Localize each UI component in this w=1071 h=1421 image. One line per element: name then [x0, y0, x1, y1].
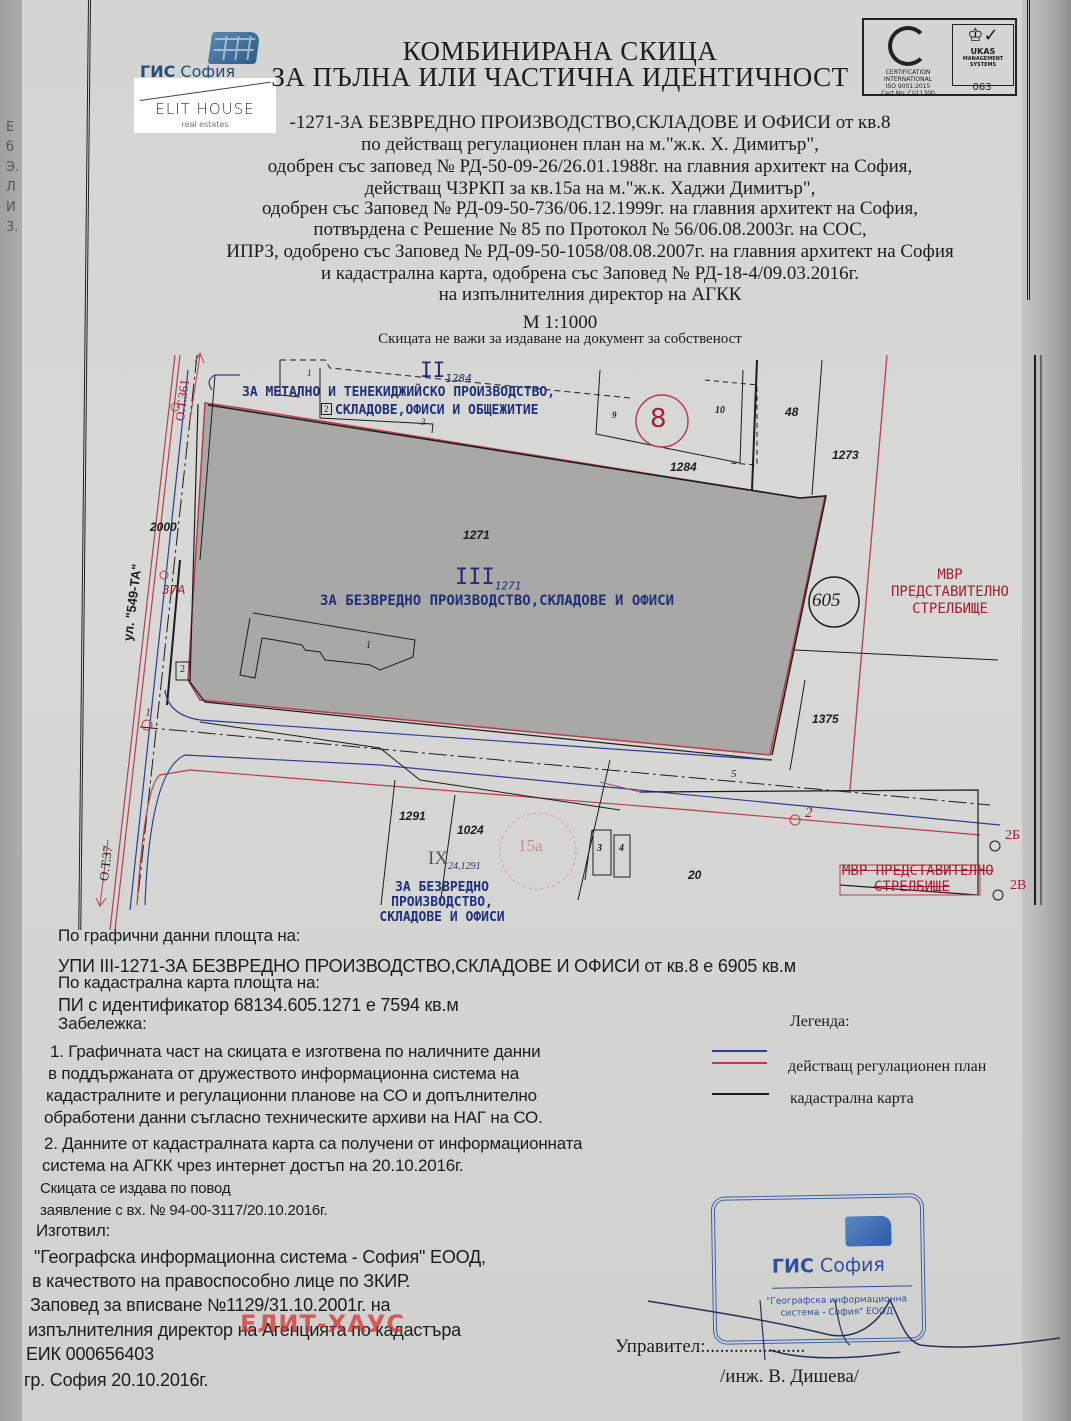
parcel-1375-label: 1375: [812, 712, 839, 726]
issuer-line: "Географска информационна система - Софи…: [34, 1247, 486, 1268]
parcel-1273-label: 1273: [832, 448, 859, 462]
header-line: на изпълнителния директор на АГКК: [180, 284, 1000, 306]
header-line: по действащ регулационен план на м."ж.к.…: [180, 134, 1000, 156]
parcel-1291-label: 1291: [399, 809, 426, 823]
parcel-1024-label: 1024: [457, 823, 484, 837]
legend-line-black: [712, 1093, 769, 1095]
upi-ii-label: II1284: [420, 358, 472, 385]
parcel-2000-label: 2000: [150, 520, 177, 534]
mvr-bottom-label: МВР ПРЕДСТАВИТЕЛНО СТРЕЛБИЩЕ: [842, 863, 994, 895]
parcel-5-label: 5: [731, 768, 737, 780]
header-line: действащ ЧЗРКП за кв.15а на м."ж.к. Хадж…: [180, 178, 1000, 200]
legend-label-cadastral: кадастрална карта: [790, 1090, 914, 1108]
upi-ix-label: IX24,1291: [428, 848, 481, 872]
parcel-1-label: 1: [307, 368, 312, 378]
parcel-9-label: 9: [612, 410, 617, 420]
header-line: одобрен със заповед № РД-50-09-26/26.01.…: [180, 156, 1000, 178]
point-2-box: 2: [180, 664, 185, 675]
point-1-label: 1: [145, 705, 151, 720]
legend-title: Легенда:: [790, 1013, 850, 1031]
note-line: Скицата се издава по повод: [40, 1178, 230, 1199]
upi-ix-purpose: ЗА БЕЗВРЕДНО ПРОИЗВОДСТВО, СКЛАДОВЕ И ОФ…: [372, 880, 512, 925]
ukas-mark: ♔✓ UKAS MANAGEMENT SYSTEMS: [952, 24, 1014, 86]
gis-logo-icon: [208, 32, 260, 64]
cadastral-area-label: По кадастрална карта площта на:: [58, 972, 320, 993]
point-2v-label: 2В: [1010, 878, 1026, 894]
parcel-3-top-label: 3: [421, 417, 426, 427]
legend-label-regulation: действащ регулационен план: [788, 1058, 986, 1076]
note-line: 1. Графичната част на скицата е изготвен…: [50, 1041, 540, 1062]
company-stamp: ГИС София "Географска информационна сист…: [711, 1193, 927, 1345]
note-line: заявление с вх. № 94-00-3117/20.10.2016г…: [40, 1200, 327, 1221]
graphic-area-label: По графични данни площта на:: [58, 925, 300, 946]
ownership-disclaimer: Скицата не важи за издаване на документ …: [300, 331, 820, 348]
note-line: обработени данни съгласно техническите а…: [44, 1107, 543, 1128]
ot-37a-label: 37А: [162, 583, 185, 597]
point-2b-label: 2Б: [1005, 828, 1020, 844]
parcel-3-label: 3: [597, 843, 602, 854]
parcel-10-label: 10: [715, 405, 725, 416]
document-title-line-2: ЗА ПЪЛНА ИЛИ ЧАСТИЧНА ИДЕНТИЧНОСТ: [260, 62, 860, 93]
parcel-1284-label: 1284: [670, 460, 697, 474]
cert-ring-icon: [888, 26, 928, 66]
issuer-line: в качеството на правоспособно лице по ЗК…: [32, 1271, 410, 1292]
crown-check-icon: ♔✓: [953, 25, 1013, 47]
parcel-20-label: 20: [688, 868, 701, 882]
elit-roof-line: [140, 82, 271, 101]
header-line: -1271-ЗА БЕЗВРЕДНО ПРОИЗВОДСТВО,СКЛАДОВЕ…: [180, 112, 1000, 134]
note-line: система на АГКК чрез интернет достъп на …: [42, 1155, 463, 1176]
point-2-label: 2: [805, 805, 813, 822]
upi-iii-purpose: ЗА БЕЗВРЕДНО ПРОИЗВОДСТВО,СКЛАДОВЕ И ОФИ…: [320, 593, 674, 609]
parcel-4-label: 4: [619, 843, 624, 854]
issuer-line: гр. София 20.10.2016г.: [24, 1370, 208, 1391]
note-line: в поддържаната от дружеството информацио…: [48, 1063, 519, 1084]
note-line: кадастралните и регулационни планове на …: [46, 1085, 537, 1106]
certification-badge: CERTIFICATION INTERNATIONAL ISO 9001:201…: [862, 18, 1017, 96]
block-8-label: 8: [650, 404, 667, 434]
manager-signature-label: Управител:.....................: [615, 1336, 805, 1358]
notes-heading: Забележка:: [58, 1013, 147, 1034]
header-line: и кадастрална карта, одобрена със Запове…: [180, 263, 1000, 285]
header-line: потвърдена с Решение № 85 по Протокол № …: [180, 219, 1000, 241]
elit-haus-watermark: ЕЛИТ-ХАУС: [240, 1310, 405, 1338]
issuer-line: ЕИК 000656403: [26, 1344, 154, 1365]
stamp-logo-icon: [845, 1216, 892, 1247]
certification-international-mark: CERTIFICATION INTERNATIONAL ISO 9001:201…: [870, 24, 946, 94]
margin-marks: Е б Э. Л И 3.: [6, 118, 26, 238]
header-line: одобрен със Заповед № РД-09-50-736/06.12…: [180, 198, 1000, 220]
right-binding-line: [1027, 0, 1030, 300]
upi-ii-purpose-2: СКЛАДОВЕ,ОФИСИ И ОБЩЕЖИТИЕ: [335, 403, 539, 418]
upi-ii-purpose-1: ЗА МЕТАЛНО И ТЕНЕКИДЖИЙСКО ПРОИЗВОДСТВО,: [242, 385, 555, 400]
legend-line-red: [712, 1062, 767, 1064]
header-line: ИПРЗ, одобрено със Заповед № РД-09-50-10…: [180, 241, 1000, 263]
issuer-heading: Изготвил:: [36, 1220, 110, 1241]
note-line: 2. Данните от кадастралната карта са пол…: [44, 1133, 582, 1154]
parcel-48-label: 48: [785, 405, 798, 419]
parcel-1271-label: 1271: [463, 528, 490, 542]
parcel-2-label: 2: [321, 403, 332, 415]
mvr-label: МВР ПРЕДСТАВИТЕЛНО СТРЕЛБИЩЕ: [860, 567, 1040, 618]
building-1-label: 1: [366, 640, 371, 651]
block-605-label: 605: [812, 590, 841, 612]
legend-line-blue: [712, 1050, 767, 1052]
upi-iii-label: III1271: [455, 565, 521, 592]
block-15a-label: 15а: [518, 836, 543, 856]
manager-name: /инж. В. Дишева/: [720, 1366, 859, 1388]
